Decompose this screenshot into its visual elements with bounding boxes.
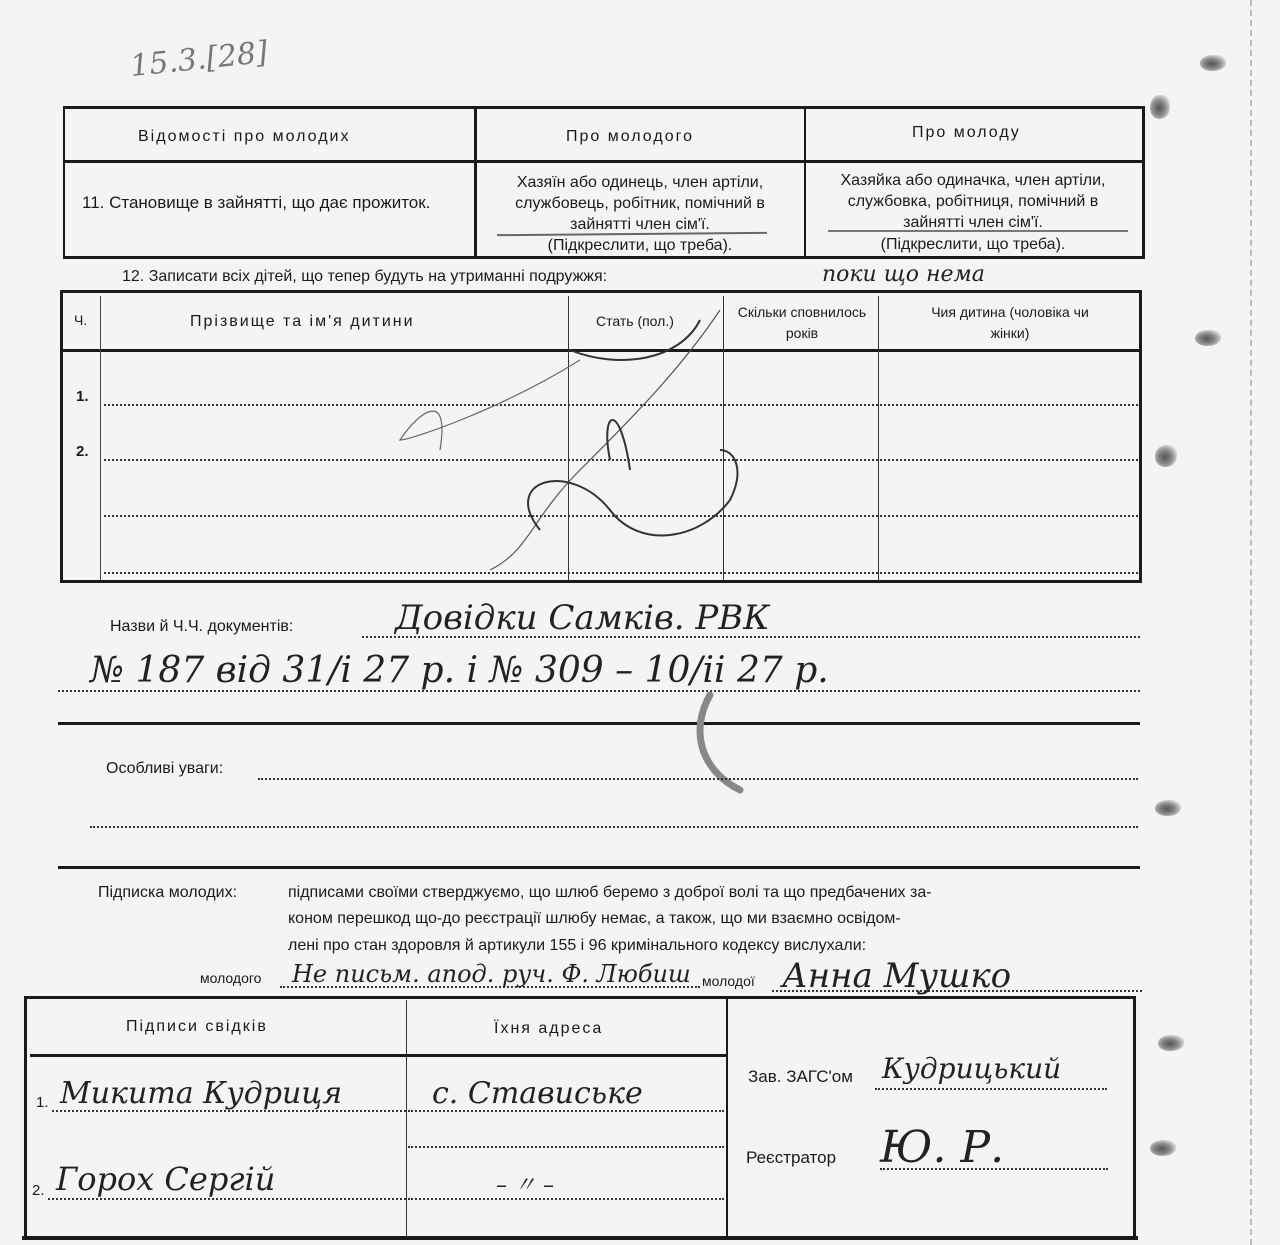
punch-hole bbox=[1150, 95, 1170, 119]
declaration-text-3: лені про стан здоровля й артикули 155 і … bbox=[288, 937, 866, 955]
punch-hole bbox=[1200, 55, 1226, 71]
remarks-field[interactable] bbox=[258, 778, 1138, 780]
punch-hole bbox=[1150, 1140, 1176, 1156]
col-header-num: Ч. bbox=[74, 312, 87, 328]
witness-2-signature-field[interactable] bbox=[48, 1198, 406, 1200]
declaration-text-2: коном перешкод що-до реєстрації шлюбу не… bbox=[288, 910, 901, 928]
remarks-field-line-2[interactable] bbox=[90, 826, 1138, 828]
row-num: 2. bbox=[76, 443, 89, 460]
declaration-label: Підписка молодих: bbox=[98, 884, 237, 902]
punch-hole bbox=[1195, 330, 1221, 346]
bride-signature-label: молодої bbox=[702, 973, 755, 989]
page-annotation: 15.3.[28] bbox=[129, 35, 270, 84]
registrar-signature: Ю. Р. bbox=[880, 1122, 1004, 1173]
header-about-bride: Про молоду bbox=[912, 124, 1021, 142]
witness-num: 1. bbox=[36, 1094, 49, 1111]
header-info-about-couple: Відомості про молодих bbox=[138, 128, 350, 146]
witness-2-address-field[interactable] bbox=[408, 1198, 724, 1200]
pencil-stroke bbox=[680, 690, 760, 800]
zags-head-signature: Кудрицький bbox=[882, 1052, 1061, 1085]
bride-signature: Анна Мушко bbox=[782, 956, 1011, 996]
header-about-groom: Про молодого bbox=[566, 128, 694, 146]
groom-signature: Не письм. апод. руч. Ф. Любиш bbox=[292, 960, 691, 988]
witness-2-signature: Горох Сергій bbox=[56, 1160, 275, 1198]
witnesses-address-header: Їхня адреса bbox=[494, 1020, 603, 1038]
children-handwritten-answer[interactable]: поки що нема bbox=[822, 262, 985, 287]
witnesses-signatures-header: Підписи свідків bbox=[126, 1018, 268, 1036]
page-fold bbox=[1250, 0, 1252, 1245]
punch-hole bbox=[1158, 1035, 1184, 1051]
punch-hole bbox=[1155, 800, 1181, 816]
documents-value-line-1: Довідки Самків. РВК bbox=[395, 598, 770, 638]
col-header-whose: Чия дитина (чоловіка чи жінки) bbox=[920, 302, 1100, 344]
documents-value-line-2: № 187 від 31/і 27 р. і № 309 – 10/іі 27 … bbox=[90, 650, 829, 691]
row-num: 1. bbox=[76, 388, 89, 405]
witness-address-field-extra[interactable] bbox=[408, 1146, 724, 1148]
bride-occupation-options: Хазяйка або одиначка, член артіли, служб… bbox=[818, 170, 1128, 233]
registrar-label: Реєстратор bbox=[746, 1148, 836, 1168]
witness-1-signature: Микита Кудриця bbox=[60, 1076, 342, 1111]
groom-signature-label: молодого bbox=[200, 970, 261, 986]
handwritten-underline bbox=[828, 230, 1128, 232]
witness-num: 2. bbox=[32, 1182, 45, 1199]
documents-label: Назви й Ч.Ч. документів: bbox=[110, 618, 293, 636]
row-11-label: 11. Становище в зайнятті, що дає прожито… bbox=[82, 192, 452, 214]
bride-underline-note: (Підкреслити, що треба). bbox=[818, 234, 1128, 255]
witness-2-address: – 〃 – bbox=[496, 1168, 554, 1199]
strike-through-scribble bbox=[380, 300, 760, 580]
punch-hole bbox=[1155, 445, 1177, 467]
remarks-label: Особливі уваги: bbox=[106, 760, 223, 778]
section-12-title: 12. Записати всіх дітей, що тепер будуть… bbox=[122, 268, 607, 286]
zags-head-label: Зав. ЗАГС'ом bbox=[748, 1067, 853, 1087]
witness-1-address: с. Ставиське bbox=[432, 1076, 643, 1111]
groom-underline-note: (Підкреслити, що треба). bbox=[490, 235, 790, 256]
groom-occupation-options: Хазяїн або одинець, член артіли, службов… bbox=[490, 172, 790, 235]
zags-head-signature-field[interactable] bbox=[875, 1088, 1107, 1090]
declaration-text-1: підписами своїми стверджуємо, що шлюб бе… bbox=[288, 884, 932, 902]
